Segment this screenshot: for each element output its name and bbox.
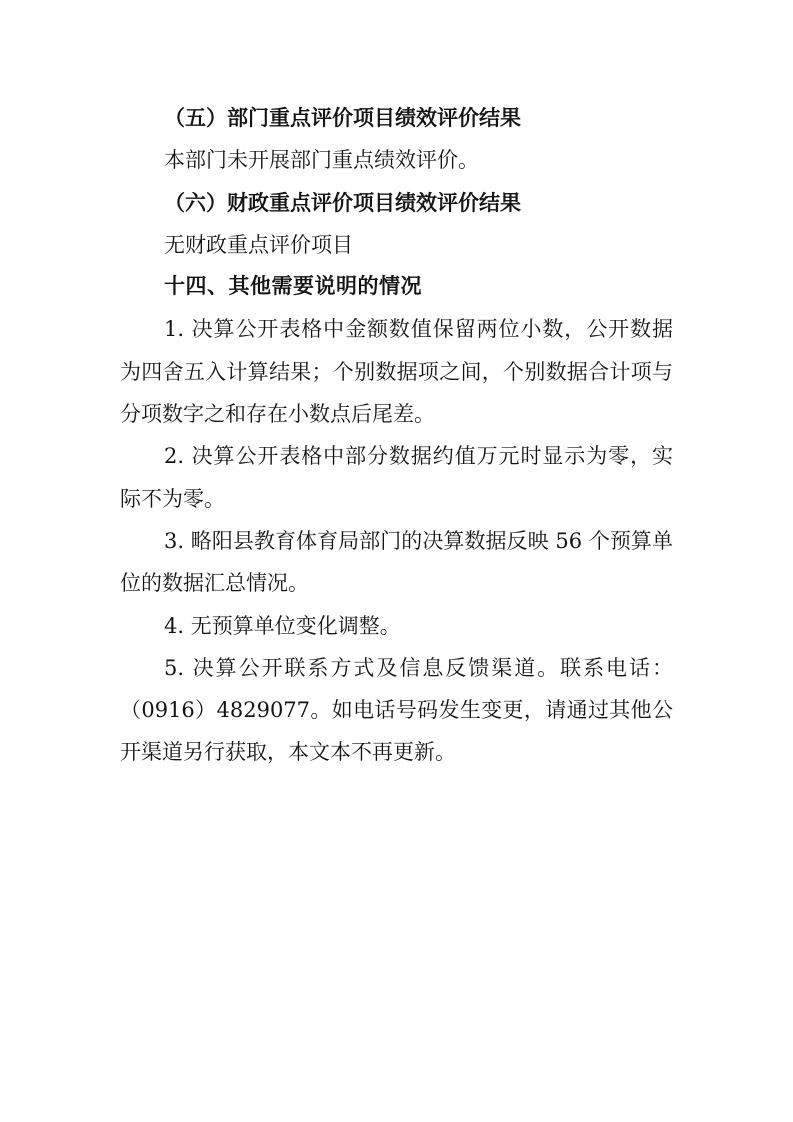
- paragraph: 5. 决算公开联系方式及信息反馈渠道。联系电话：（0916）4829077。如电…: [120, 647, 673, 774]
- sub-section-heading: （六）财政重点评价项目绩效评价结果: [120, 182, 673, 224]
- document-page: （五）部门重点评价项目绩效评价结果本部门未开展部门重点绩效评价。（六）财政重点评…: [0, 0, 793, 1122]
- paragraph: 无财政重点评价项目: [120, 224, 673, 266]
- paragraph: 4. 无预算单位变化调整。: [120, 605, 673, 647]
- paragraph: 1. 决算公开表格中金额数值保留两位小数，公开数据为四舍五入计算结果；个别数据项…: [120, 308, 673, 435]
- paragraph: 3. 略阳县教育体育局部门的决算数据反映 56 个预算单位的数据汇总情况。: [120, 520, 673, 605]
- paragraph: 本部门未开展部门重点绩效评价。: [120, 139, 673, 181]
- document-body: （五）部门重点评价项目绩效评价结果本部门未开展部门重点绩效评价。（六）财政重点评…: [120, 97, 673, 774]
- section-heading: 十四、其他需要说明的情况: [120, 266, 673, 308]
- paragraph: 2. 决算公开表格中部分数据约值万元时显示为零，实际不为零。: [120, 435, 673, 520]
- sub-section-heading: （五）部门重点评价项目绩效评价结果: [120, 97, 673, 139]
